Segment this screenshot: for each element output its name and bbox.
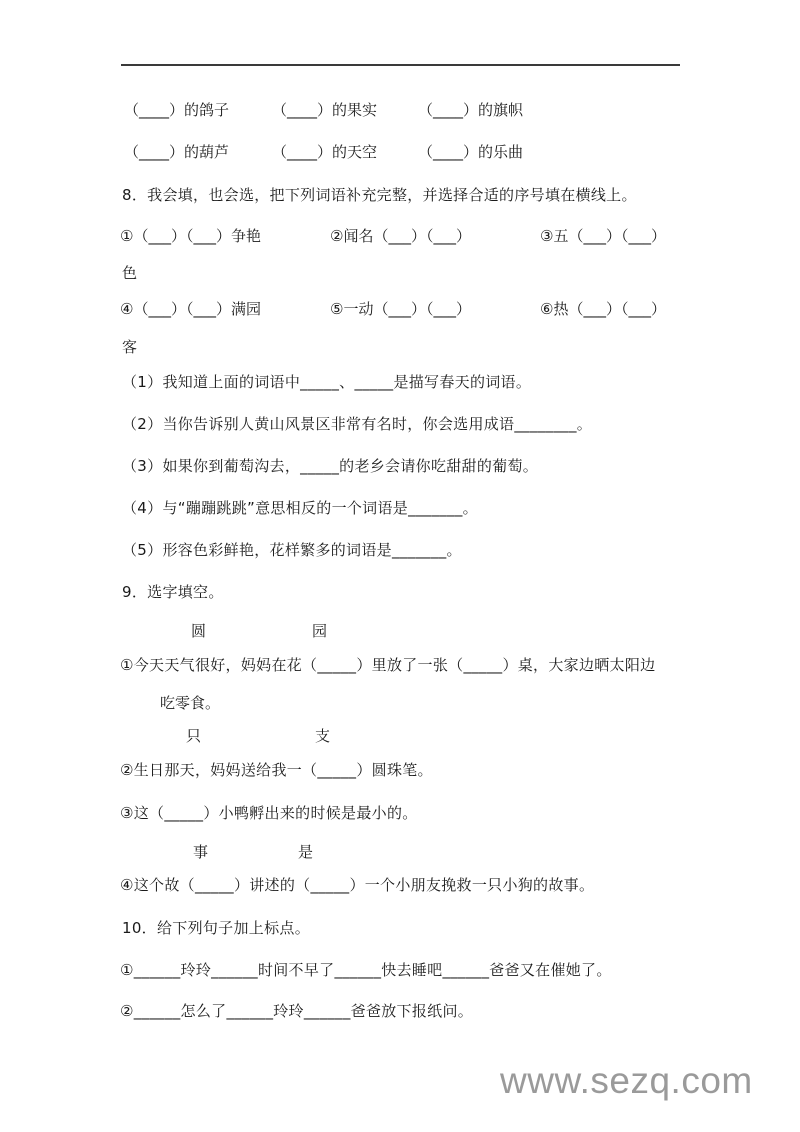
q8-subquestion: （1）我知道上面的词语中_____、_____是描写春天的词语。 (122, 372, 531, 392)
q7-item: （____）的乐曲 (418, 142, 523, 162)
q7-item: （____）的天空 (272, 142, 377, 162)
q9-title: 9．选字填空。 (122, 582, 224, 602)
q9-sentence: ②生日那天，妈妈送给我一（_____）圆珠笔。 (120, 760, 433, 780)
q8-idiom-wrap: 色 (122, 263, 137, 283)
q8-idiom: ⑤一动（___）（___） (330, 299, 471, 319)
q8-idiom: ③五（___）（___） (540, 226, 666, 246)
q8-subquestion: （4）与“蹦蹦跳跳”意思相反的一个词语是_______。 (122, 498, 478, 518)
q8-idiom: ②闻名（___）（___） (330, 226, 471, 246)
q7-item: （____）的果实 (272, 100, 377, 120)
q10-sentence: ②______怎么了______玲玲______爸爸放下报纸问。 (120, 1001, 473, 1021)
q9-choice: 圆 (191, 621, 206, 641)
q8-idiom: ①（___）（___）争艳 (120, 226, 261, 246)
q9-choice: 支 (315, 726, 330, 746)
q10-sentence: ①______玲玲______时间不早了______快去睡吧______爸爸又在… (120, 960, 612, 980)
q10-title: 10．给下列句子加上标点。 (122, 918, 310, 938)
q9-choice: 只 (186, 726, 201, 746)
q9-sentence: ③这（_____）小鸭孵出来的时候是最小的。 (120, 803, 418, 823)
q8-idiom: ④（___）（___）满园 (120, 299, 261, 319)
q9-choice: 园 (312, 621, 327, 641)
q9-sentence-wrap: 吃零食。 (160, 693, 220, 713)
q8-idiom: ⑥热（___）（___） (540, 299, 666, 319)
q8-subquestion: （5）形容色彩鲜艳，花样繁多的词语是_______。 (122, 540, 462, 560)
q9-choice: 是 (298, 842, 313, 862)
q9-choice: 事 (193, 842, 208, 862)
q9-sentence: ④这个故（_____）讲述的（_____）一个小朋友挽救一只小狗的故事。 (120, 875, 594, 895)
q7-item: （____）的葫芦 (124, 142, 229, 162)
q8-subquestion: （2）当你告诉别人黄山风景区非常有名时，你会选用成语________。 (122, 414, 592, 434)
q8-subquestion: （3）如果你到葡萄沟去，_____的老乡会请你吃甜甜的葡萄。 (122, 456, 538, 476)
header-rule (121, 64, 680, 66)
q7-item: （____）的旗帜 (418, 100, 523, 120)
q8-title: 8．我会填，也会选，把下列词语补充完整，并选择合适的序号填在横线上。 (122, 185, 637, 205)
q9-sentence: ①今天天气很好，妈妈在花（_____）里放了一张（_____）桌，大家边晒太阳边 (120, 655, 655, 675)
watermark: www.sezq.com (500, 1060, 753, 1102)
q8-idiom-wrap: 客 (122, 337, 137, 357)
q7-item: （____）的鸽子 (124, 100, 229, 120)
